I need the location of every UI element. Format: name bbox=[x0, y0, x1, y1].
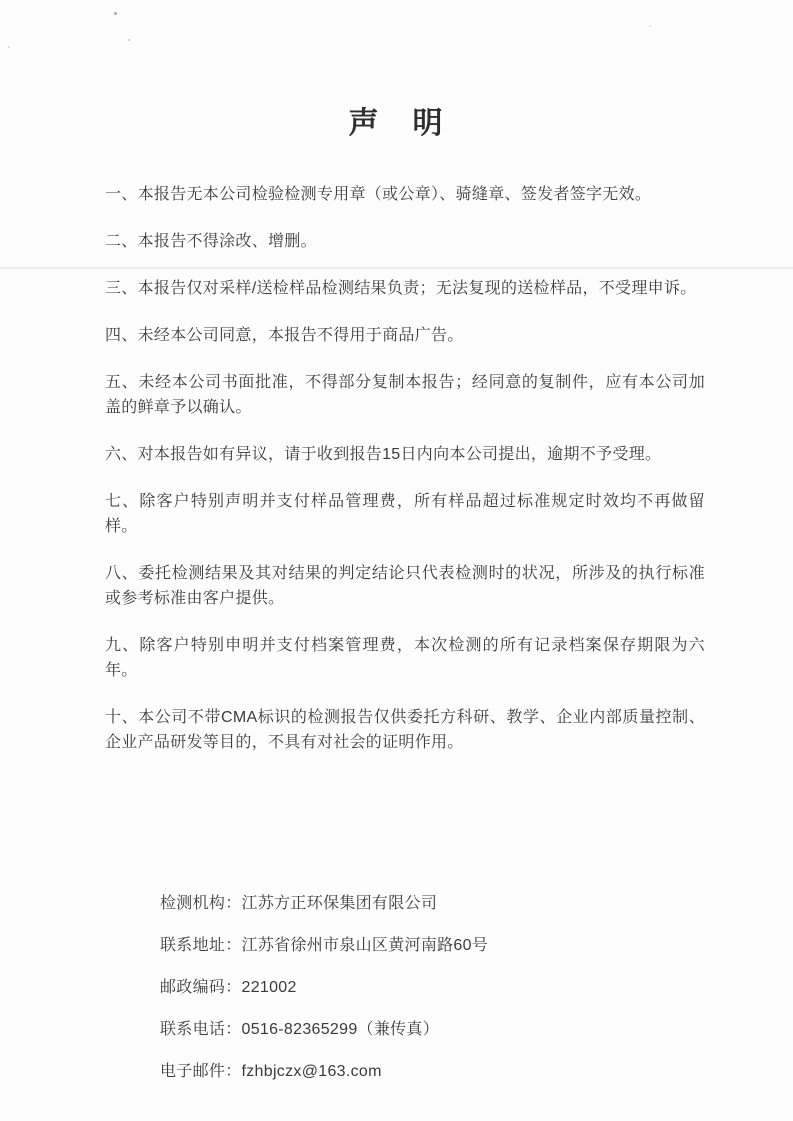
declaration-item-5: 五、未经本公司书面批准，不得部分复制本报告；经同意的复制件，应有本公司加盖的鲜章… bbox=[105, 370, 705, 420]
declaration-item-1: 一、本报告无本公司检验检测专用章（或公章）、骑缝章、签发者签字无效。 bbox=[105, 182, 705, 207]
declaration-item-7: 七、除客户特别声明并支付样品管理费，所有样品超过标准规定时效均不再做留样。 bbox=[105, 489, 705, 539]
contact-value: 221002 bbox=[242, 979, 297, 996]
contact-label: 检测机构 bbox=[160, 895, 225, 912]
contact-line-phone: 联系电话：0516-82365299（兼传真） bbox=[160, 1017, 793, 1042]
contact-colon: ： bbox=[225, 937, 241, 954]
contact-line-email: 电子邮件：fzhbjczx@163.com bbox=[160, 1059, 793, 1084]
declaration-item-8: 八、委托检测结果及其对结果的判定结论只代表检测时的状况，所涉及的执行标准或参考标… bbox=[105, 561, 705, 611]
contact-value: fzhbjczx@163.com bbox=[242, 1063, 382, 1080]
contact-value: 江苏省徐州市泉山区黄河南路60号 bbox=[242, 937, 489, 954]
contact-colon: ： bbox=[225, 895, 241, 912]
contact-label: 联系地址 bbox=[160, 937, 225, 954]
contact-value: 江苏方正环保集团有限公司 bbox=[242, 895, 438, 912]
declaration-list: 一、本报告无本公司检验检测专用章（或公章）、骑缝章、签发者签字无效。 二、本报告… bbox=[105, 182, 705, 755]
declaration-item-3: 三、本报告仅对采样/送检样品检测结果负责；无法复现的送检样品，不受理申诉。 bbox=[105, 276, 705, 301]
contact-label: 邮政编码 bbox=[160, 979, 225, 996]
declaration-item-4: 四、未经本公司同意，本报告不得用于商品广告。 bbox=[105, 323, 705, 348]
contact-label: 电子邮件 bbox=[160, 1063, 225, 1080]
contact-colon: ： bbox=[225, 1021, 241, 1038]
declaration-item-10: 十、本公司不带CMA标识的检测报告仅供委托方科研、教学、企业内部质量控制、企业产… bbox=[105, 705, 705, 755]
contact-line-address: 联系地址：江苏省徐州市泉山区黄河南路60号 bbox=[160, 933, 793, 958]
contact-block: 检测机构：江苏方正环保集团有限公司 联系地址：江苏省徐州市泉山区黄河南路60号 … bbox=[160, 891, 793, 1084]
declaration-item-9: 九、除客户特别申明并支付档案管理费，本次检测的所有记录档案保存期限为六年。 bbox=[105, 633, 705, 683]
contact-label: 联系电话 bbox=[160, 1021, 225, 1038]
contact-line-agency: 检测机构：江苏方正环保集团有限公司 bbox=[160, 891, 793, 916]
contact-colon: ： bbox=[225, 979, 241, 996]
contact-colon: ： bbox=[225, 1063, 241, 1080]
contact-value: 0516-82365299（兼传真） bbox=[242, 1021, 440, 1038]
declaration-item-6: 六、对本报告如有异议，请于收到报告15日内向本公司提出，逾期不予受理。 bbox=[105, 442, 705, 467]
declaration-item-2: 二、本报告不得涂改、增删。 bbox=[105, 229, 705, 254]
declaration-page: 声 明 一、本报告无本公司检验检测专用章（或公章）、骑缝章、签发者签字无效。 二… bbox=[0, 0, 793, 1121]
page-title: 声 明 bbox=[0, 0, 793, 142]
contact-line-postcode: 邮政编码：221002 bbox=[160, 975, 793, 1000]
